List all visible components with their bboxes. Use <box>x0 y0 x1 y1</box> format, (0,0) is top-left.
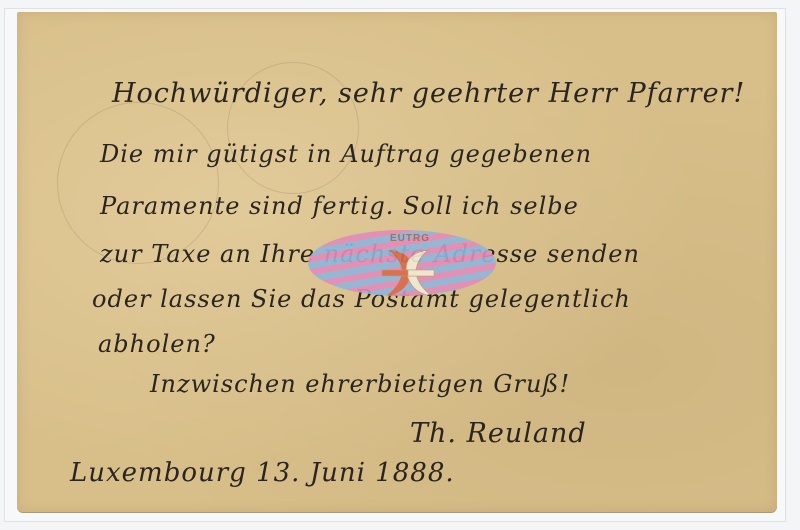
watermark-logo-icon <box>378 240 438 296</box>
closing-line: Inzwischen ehrerbietigen Gruß! <box>150 370 570 398</box>
body-line-1: Die mir gütigst in Auftrag gegebenen <box>100 140 592 168</box>
salutation-line: Hochwürdiger, sehr geehrter Herr Pfarrer… <box>112 78 745 109</box>
watermark-badge: EUTRG <box>308 230 496 296</box>
body-line-2: Paramente sind fertig. Soll ich selbe <box>100 192 579 220</box>
body-line-5: abholen? <box>98 330 216 358</box>
signature: Th. Reuland <box>410 418 587 449</box>
place-date: Luxembourg 13. Juni 1888. <box>70 458 455 488</box>
